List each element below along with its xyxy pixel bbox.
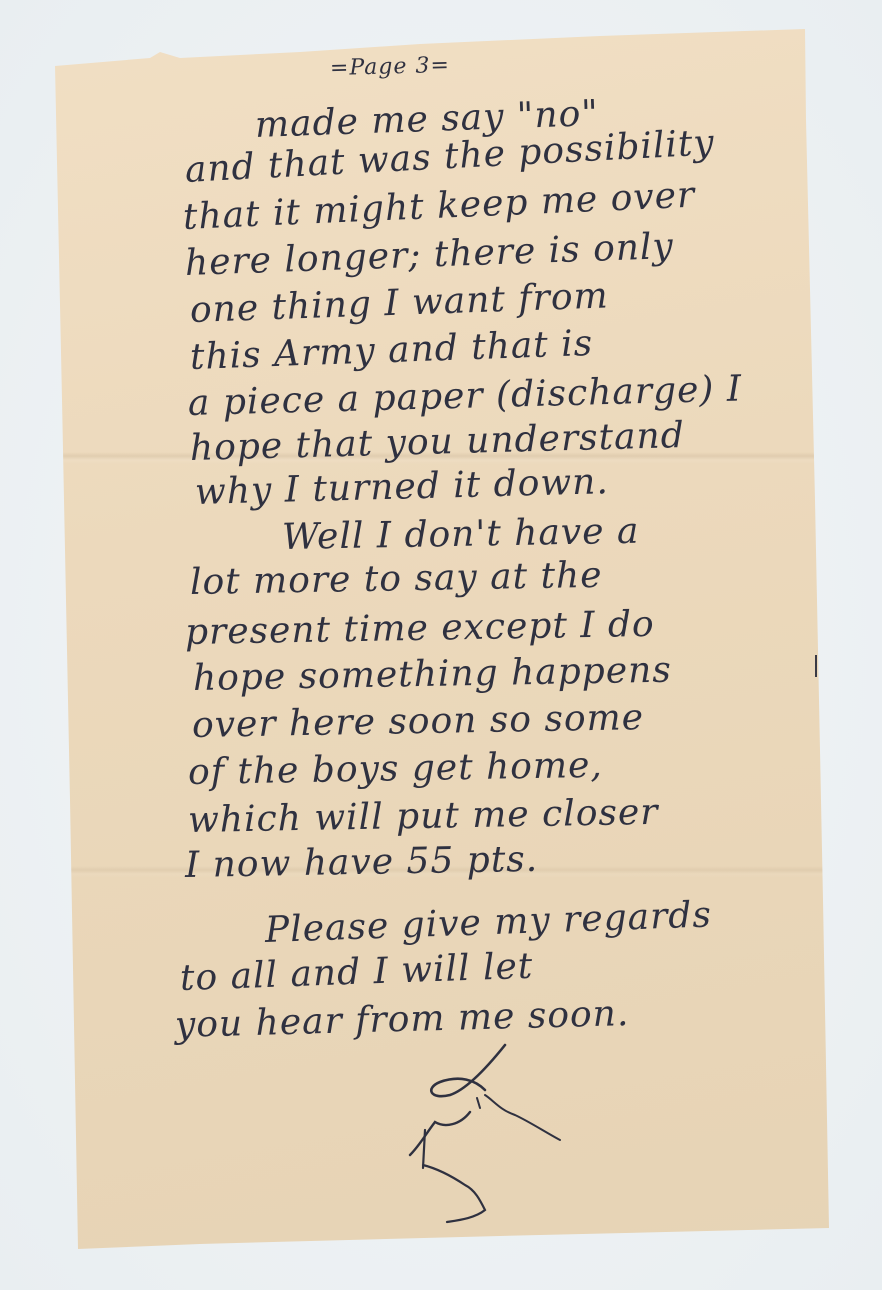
letter-line: Well I don't have a (282, 511, 640, 558)
margin-ink-mark (815, 655, 817, 677)
letter-line: lot more to say at the (190, 555, 603, 603)
letter-line: hope something happens (193, 650, 672, 699)
signature-block: Love Len (405, 1040, 585, 1230)
letter-line: over here soon so some (192, 697, 645, 746)
letter-line: of the boys get home, (188, 745, 603, 793)
signature-flourish-icon (405, 1040, 585, 1230)
letter-line: I now have 55 pts. (185, 839, 539, 886)
letter-line: present time except I do (185, 604, 655, 653)
letter-line: which will put me closer (188, 792, 659, 841)
page-label: =Page 3= (330, 53, 451, 81)
